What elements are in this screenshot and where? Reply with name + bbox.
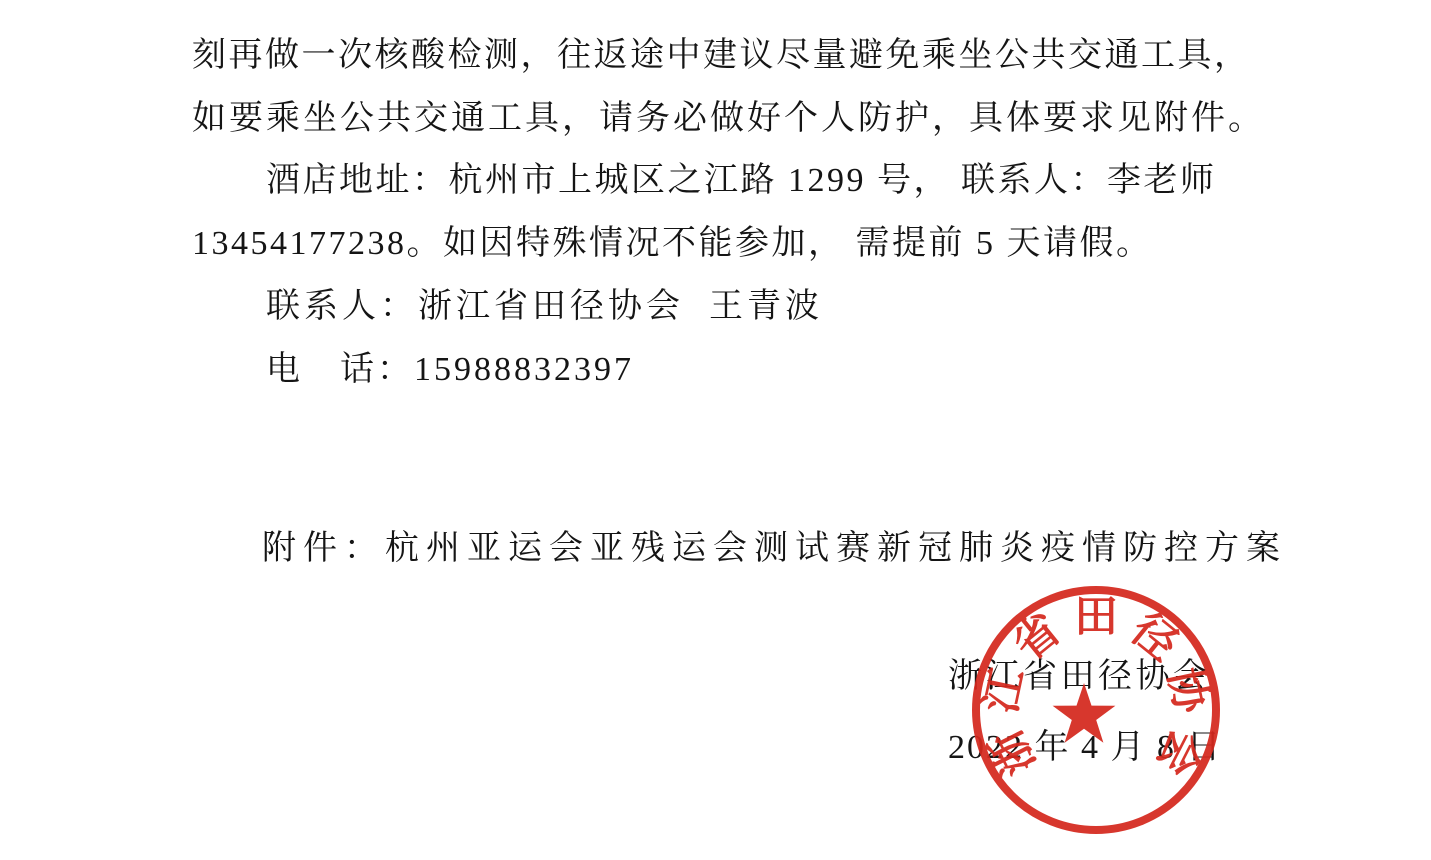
hotel-address-line: 酒店地址：杭州市上城区之江路 1299 号， 联系人：李老师	[266, 161, 1217, 201]
seal-character: 田	[1074, 592, 1118, 641]
body-line-2: 如要乘坐公共交通工具，请务必做好个人防护，具体要求见附件。	[192, 99, 1265, 139]
phone-and-leave-line: 13454177238。如因特殊情况不能参加， 需提前 5 天请假。	[192, 224, 1153, 264]
signature-date: 2022 年 4 月 8 日	[948, 728, 1223, 768]
document-page: 刻再做一次核酸检测，往返途中建议尽量避免乘坐公共交通工具， 如要乘坐公共交通工具…	[0, 0, 1431, 860]
seal-graphic: 浙 江 省 田 径 协 会	[966, 580, 1226, 840]
official-seal-stamp: 浙 江 省 田 径 协 会	[966, 580, 1226, 840]
signature-organization: 浙江省田径协会	[948, 657, 1211, 697]
body-line-1: 刻再做一次核酸检测，往返途中建议尽量避免乘坐公共交通工具，	[192, 36, 1251, 76]
seal-border-circle	[976, 590, 1216, 830]
contact-person-line: 联系人：浙江省田径协会 王青波	[266, 287, 823, 327]
attachment-line: 附件：杭州亚运会亚残运会测试赛新冠肺炎疫情防控方案	[262, 529, 1287, 569]
telephone-line: 电 话：15988832397	[266, 350, 634, 390]
